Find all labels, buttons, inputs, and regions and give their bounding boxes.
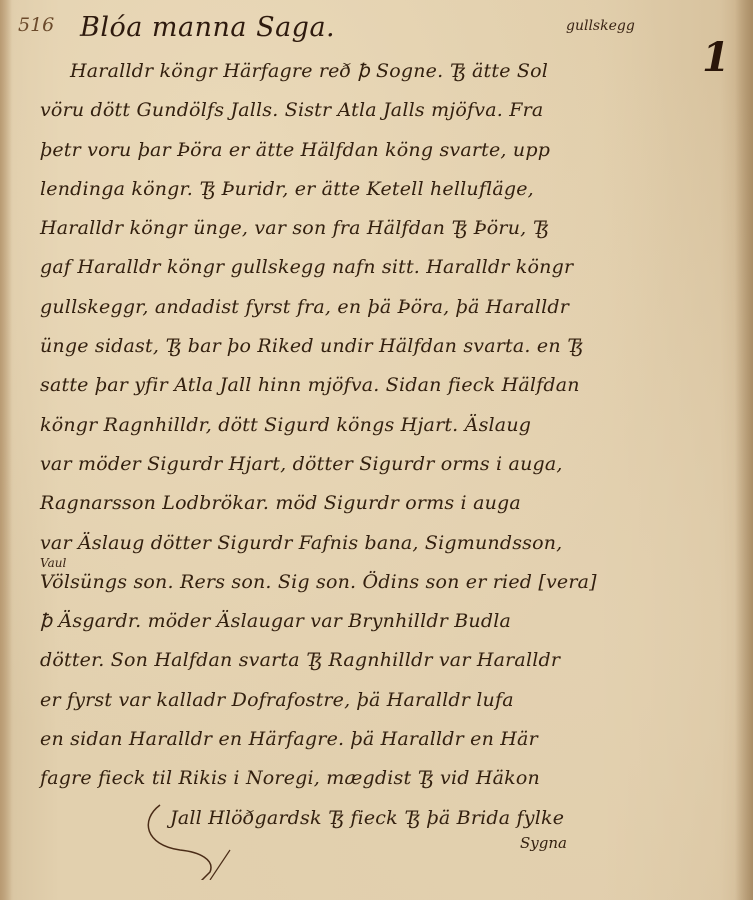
left-page-edge: [0, 0, 12, 900]
text-line: Völsüngs son. Rers son. Sig son. Ödins s…: [40, 563, 680, 602]
text-line: var möder Sigurdr Hjart, dötter Sigurdr …: [40, 445, 680, 484]
text-line: gullskeggr, andadist fyrst fra, en þä Þö…: [40, 288, 680, 327]
text-line: ꝥ Äsgardr. möder Äslaugar var Brynhilldr…: [40, 602, 680, 641]
text-line: en sidan Haralldr en Härfagre. þä Harall…: [40, 720, 680, 759]
manuscript-text: Haralldr köngr Härfagre reð ꝥ Sogne. Ꜩ ä…: [40, 52, 680, 838]
text-line: satte þar yfir Atla Jall hinn mjöfva. Si…: [40, 366, 680, 405]
text-line: ünge sidast, Ꜩ bar þo Riked undir Hälfda…: [40, 327, 680, 366]
text-line: þetr voru þar Þöra er ätte Hälfdan köng …: [40, 131, 680, 170]
signature-note: Sygna: [520, 834, 567, 852]
text-line: köngr Ragnhilldr, dött Sigurd köngs Hjar…: [40, 406, 680, 445]
text-line: var Äslaug dötter Sigurdr Fafnis bana, S…: [40, 524, 680, 563]
folio-mark: 516: [18, 14, 54, 36]
text-line: vöru dött Gundölfs Jalls. Sistr Atla Jal…: [40, 91, 680, 130]
text-line: Ragnarsson Lodbrökar. möd Sigurdr orms i…: [40, 484, 680, 523]
manuscript-page: 516 Blóa manna Saga. gullskegg 1 Vaul Ha…: [0, 0, 753, 900]
text-line: gaf Haralldr köngr gullskegg nafn sitt. …: [40, 248, 680, 287]
text-line: fagre fieck til Rikis i Noregi, mægdist …: [40, 759, 680, 798]
text-line: Haralldr köngr ünge, var son fra Hälfdan…: [40, 209, 680, 248]
text-line: Jall Hlöðgardsk Ꜩ fieck Ꜩ þä Brida fylke: [40, 799, 680, 838]
page-title: Blóa manna Saga.: [80, 12, 335, 43]
text-line: Haralldr köngr Härfagre reð ꝥ Sogne. Ꜩ ä…: [40, 52, 680, 91]
right-page-edge: [735, 0, 753, 900]
page-number: 1: [702, 34, 730, 81]
text-line: lendinga köngr. Ꜩ Þuridr, er ätte Ketell…: [40, 170, 680, 209]
flourish-icon: [140, 800, 260, 880]
text-line: er fyrst var kalladr Dofrafostre, þä Har…: [40, 681, 680, 720]
text-line: dötter. Son Halfdan svarta Ꜩ Ragnhilldr …: [40, 641, 680, 680]
top-margin-note: gullskegg: [566, 18, 635, 34]
